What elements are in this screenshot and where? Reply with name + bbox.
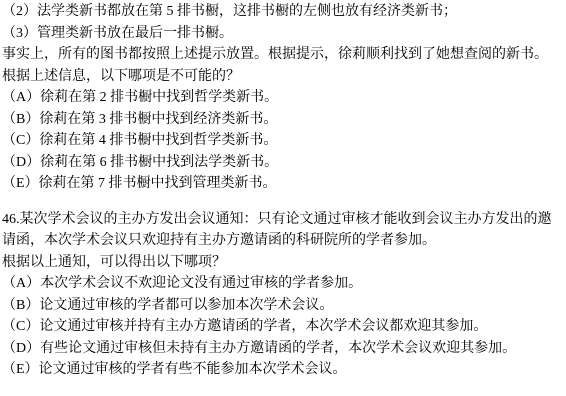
question-46-block: 46.某次学术会议的主办方发出会议通知：只有论文通过审核才能收到会议主办方发出的… [2, 209, 566, 381]
q46-option-d: （D）有些论文通过审核但未持有主办方邀请函的学者，本次学术会议欢迎其参加。 [2, 338, 566, 360]
q46-option-c: （C）论文通过审核并持有主办方邀请函的学者，本次学术会议都欢迎其参加。 [2, 316, 566, 338]
q45-hint-2: （2）法学类新书都放在第 5 排书橱，这排书橱的左侧也放有经济类新书； [2, 1, 566, 23]
q46-option-e: （E）论文通过审核的学者有些不能参加本次学术会议。 [2, 359, 566, 381]
document-page: （2）法学类新书都放在第 5 排书橱，这排书橱的左侧也放有经济类新书； （3）管… [0, 0, 566, 396]
q45-option-a: （A）徐莉在第 2 排书橱中找到哲学类新书。 [2, 87, 566, 109]
blank-line-separator [2, 195, 566, 209]
q46-question-prompt: 根据以上通知，可以得出以下哪项？ [2, 252, 566, 274]
q45-option-c: （C）徐莉在第 4 排书橱中找到哲学类新书。 [2, 130, 566, 152]
q45-narrative: 事实上，所有的图书都按照上述提示放置。根据提示，徐莉顺利找到了她想查阅的新书。 [2, 44, 566, 66]
q45-hint-3: （3）管理类新书放在最后一排书橱。 [2, 23, 566, 45]
q45-option-e: （E）徐莉在第 7 排书橱中找到管理类新书。 [2, 173, 566, 195]
q46-option-a: （A）本次学术会议不欢迎论文没有通过审核的学者参加。 [2, 273, 566, 295]
q46-stem-line-2: 请函，本次学术会议只欢迎持有主办方邀请函的科研院所的学者参加。 [2, 230, 566, 252]
q46-option-b: （B）论文通过审核的学者都可以参加本次学术会议。 [2, 295, 566, 317]
q45-question-prompt: 根据上述信息，以下哪项是不可能的？ [2, 66, 566, 88]
q46-stem-line-1: 46.某次学术会议的主办方发出会议通知：只有论文通过审核才能收到会议主办方发出的… [2, 209, 566, 231]
q45-option-d: （D）徐莉在第 6 排书橱中找到法学类新书。 [2, 152, 566, 174]
question-45-block: （2）法学类新书都放在第 5 排书橱，这排书橱的左侧也放有经济类新书； （3）管… [2, 1, 566, 195]
q45-option-b: （B）徐莉在第 3 排书橱中找到经济类新书。 [2, 109, 566, 131]
